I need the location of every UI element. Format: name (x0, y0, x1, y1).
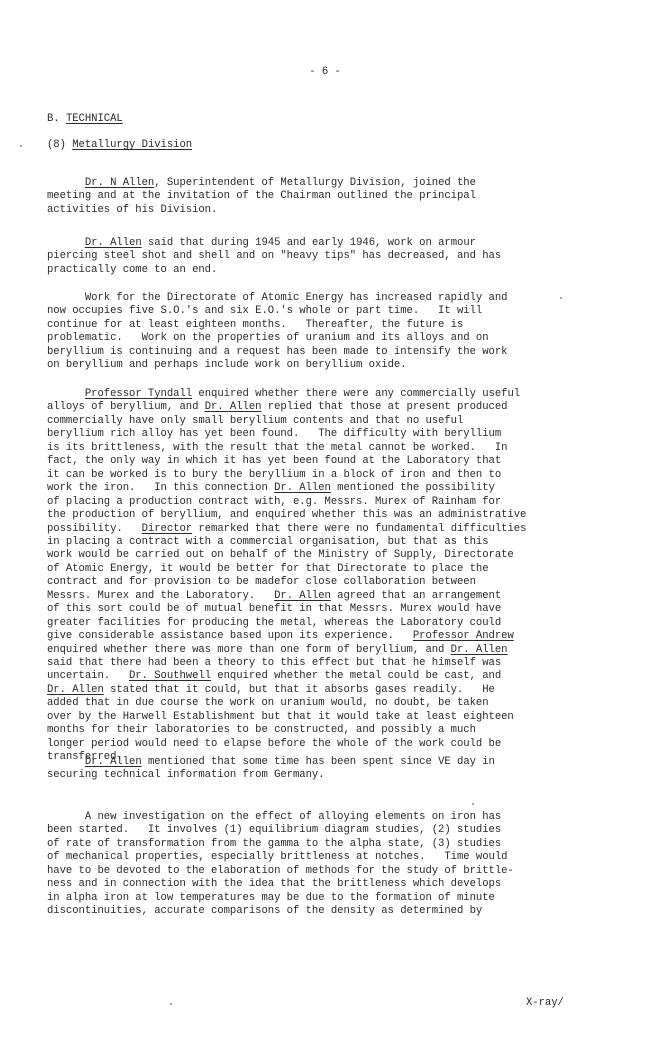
text-line: in alpha iron at low temperatures may be… (47, 891, 495, 905)
text-run: give considerable assistance based upon … (47, 630, 413, 642)
underlined-name: Dr. Allen (85, 237, 142, 249)
text-line: activities of his Division. (47, 203, 217, 217)
text-line: of this sort could be of mutual benefit … (47, 602, 501, 616)
underlined-name: Professor Tyndall (85, 388, 192, 400)
text-run: mentioned that some time has been spent … (142, 756, 495, 768)
text-line: longer period would need to elapse befor… (47, 737, 501, 751)
text-line: now occupies five S.O.'s and six E.O.'s … (47, 304, 482, 318)
section-title: TECHNICAL (66, 113, 123, 125)
text-line: Dr. Allen said that during 1945 and earl… (47, 236, 476, 250)
text-line: Dr. Allen mentioned that some time has b… (47, 755, 495, 769)
text-run: of mechanical properties, especially bri… (47, 851, 507, 863)
text-line: ness and in connection with the idea tha… (47, 877, 501, 891)
text-run: Messrs. Murex and the Laboratory. (47, 590, 274, 602)
scan-speck (560, 297, 562, 299)
text-line: the production of beryllium, and enquire… (47, 508, 526, 522)
text-line: Professor Tyndall enquired whether there… (47, 387, 520, 401)
text-line: discontinuities, accurate comparisons of… (47, 904, 482, 918)
text-line: practically come to an end. (47, 263, 217, 277)
underlined-name: Director (142, 523, 192, 535)
catchword: X-ray/ (526, 997, 564, 1009)
scan-speck (170, 1003, 172, 1005)
subsection-title: Metallurgy Division (72, 139, 192, 151)
text-line: Dr. Allen stated that it could, but that… (47, 683, 495, 697)
text-line: Dr. N Allen, Superintendent of Metallurg… (47, 176, 476, 190)
text-line: beryllium rich alloy has yet been found.… (47, 427, 501, 441)
text-line: of mechanical properties, especially bri… (47, 850, 507, 864)
text-line: it can be worked is to bury the berylliu… (47, 468, 501, 482)
text-run: piercing steel shot and shell and on "he… (47, 250, 501, 262)
underlined-name: Dr. Allen (205, 401, 262, 413)
underlined-name: Dr. Allen (274, 590, 331, 602)
text-line: piercing steel shot and shell and on "he… (47, 249, 501, 263)
text-run: in alpha iron at low temperatures may be… (47, 892, 495, 904)
text-line: months for their laboratories to be cons… (47, 723, 476, 737)
underlined-name: Dr. Allen (451, 644, 508, 656)
text-run: is its brittleness, with the result that… (47, 442, 507, 454)
text-run: securing technical information from Germ… (47, 769, 325, 781)
text-run: it can be worked is to bury the berylliu… (47, 469, 501, 481)
text-line: continue for at least eighteen months. T… (47, 318, 463, 332)
text-line: enquired whether there was more than one… (47, 643, 507, 657)
underlined-name: Dr. Allen (85, 756, 142, 768)
text-run: , Superintendent of Metallurgy Division,… (154, 177, 476, 189)
scan-speck (472, 803, 474, 805)
text-run: over by the Harwell Establishment but th… (47, 711, 514, 723)
text-run: fact, the only way in which it has yet b… (47, 455, 501, 467)
text-line: securing technical information from Germ… (47, 768, 325, 782)
text-line: in placing a contract with a commercial … (47, 535, 489, 549)
text-run (47, 177, 85, 189)
scan-speck (20, 145, 22, 147)
text-run: discontinuities, accurate comparisons of… (47, 905, 482, 917)
text-run: have to be devoted to the elaboration of… (47, 865, 514, 877)
subsection-number: (8) (47, 139, 66, 151)
text-line: Messrs. Murex and the Laboratory. Dr. Al… (47, 589, 501, 603)
text-line: over by the Harwell Establishment but th… (47, 710, 514, 724)
text-line: contract and for provision to be madefor… (47, 575, 476, 589)
text-run: said that during 1945 and early 1946, wo… (142, 237, 476, 249)
text-run: enquired whether there was more than one… (47, 644, 451, 656)
text-run: of rate of transformation from the gamma… (47, 838, 501, 850)
text-run: enquired whether there were any commerci… (192, 388, 520, 400)
text-run (47, 237, 85, 249)
text-line: alloys of beryllium, and Dr. Allen repli… (47, 400, 507, 414)
text-line: possibility. Director remarked that ther… (47, 522, 526, 536)
text-run: work would be carried out on behalf of t… (47, 549, 514, 561)
text-line: Work for the Directorate of Atomic Energ… (47, 291, 507, 305)
text-line: is its brittleness, with the result that… (47, 441, 507, 455)
text-run: commercially have only small beryllium c… (47, 415, 463, 427)
text-line: said that there had been a theory to thi… (47, 656, 501, 670)
text-line: A new investigation on the effect of all… (47, 810, 501, 824)
text-run: of placing a production contract with, e… (47, 496, 501, 508)
text-line: meeting and at the invitation of the Cha… (47, 189, 476, 203)
text-line: problematic. Work on the properties of u… (47, 331, 489, 345)
text-run (47, 388, 85, 400)
text-run: Work for the Directorate of Atomic Energ… (47, 292, 507, 304)
text-run: of Atomic Energy, it would be better for… (47, 563, 489, 575)
text-run: enquired whether the metal could be cast… (211, 670, 501, 682)
text-run: continue for at least eighteen months. T… (47, 319, 463, 331)
text-run: work the iron. In this connection (47, 482, 274, 494)
text-line: have to be devoted to the elaboration of… (47, 864, 514, 878)
text-run: practically come to an end. (47, 264, 217, 276)
text-run: now occupies five S.O.'s and six E.O.'s … (47, 305, 482, 317)
text-run: greater facilities for producing the met… (47, 617, 501, 629)
text-line: uncertain. Dr. Southwell enquired whethe… (47, 669, 501, 683)
text-run: said that there had been a theory to thi… (47, 657, 501, 669)
text-run: possibility. (47, 523, 142, 535)
text-run: agreed that an arrangement (331, 590, 501, 602)
text-line: of Atomic Energy, it would be better for… (47, 562, 489, 576)
text-run: added that in due course the work on ura… (47, 697, 489, 709)
text-run: the production of beryllium, and enquire… (47, 509, 526, 521)
text-run: A new investigation on the effect of all… (47, 811, 501, 823)
underlined-name: Professor Andrew (413, 630, 514, 642)
text-line: work the iron. In this connection Dr. Al… (47, 481, 495, 495)
text-run: been started. It involves (1) equilibriu… (47, 824, 501, 836)
text-run: on beryllium and perhaps include work on… (47, 359, 407, 371)
text-run: in placing a contract with a commercial … (47, 536, 489, 548)
text-run: stated that it could, but that it absorb… (104, 684, 495, 696)
text-run (47, 756, 85, 768)
page-number: - 6 - (0, 66, 650, 78)
text-line: added that in due course the work on ura… (47, 696, 489, 710)
text-line: greater facilities for producing the met… (47, 616, 501, 630)
text-line: give considerable assistance based upon … (47, 629, 514, 643)
underlined-name: Dr. N Allen (85, 177, 154, 189)
text-line: work would be carried out on behalf of t… (47, 548, 514, 562)
text-run: replied that those at present produced (261, 401, 507, 413)
text-run: problematic. Work on the properties of u… (47, 332, 489, 344)
subsection-heading: (8) Metallurgy Division (47, 139, 192, 151)
text-run: ness and in connection with the idea tha… (47, 878, 501, 890)
text-run: uncertain. (47, 670, 129, 682)
text-run: contract and for provision to be madefor… (47, 576, 476, 588)
text-run: alloys of beryllium, and (47, 401, 205, 413)
text-run: mentioned the possibility (331, 482, 495, 494)
text-line: fact, the only way in which it has yet b… (47, 454, 501, 468)
section-heading: B. TECHNICAL (47, 113, 123, 125)
text-line: been started. It involves (1) equilibriu… (47, 823, 501, 837)
text-run: beryllium is continuing and a request ha… (47, 346, 507, 358)
text-run: activities of his Division. (47, 204, 217, 216)
text-run: remarked that there were no fundamental … (192, 523, 526, 535)
section-letter: B. (47, 113, 60, 125)
text-run: longer period would need to elapse befor… (47, 738, 501, 750)
text-line: of placing a production contract with, e… (47, 495, 501, 509)
underlined-name: Dr. Southwell (129, 670, 211, 682)
text-line: of rate of transformation from the gamma… (47, 837, 501, 851)
text-line: on beryllium and perhaps include work on… (47, 358, 407, 372)
text-line: beryllium is continuing and a request ha… (47, 345, 507, 359)
underlined-name: Dr. Allen (274, 482, 331, 494)
document-page: - 6 - B. TECHNICAL (8) Metallurgy Divisi… (0, 0, 650, 1050)
text-run: months for their laboratories to be cons… (47, 724, 476, 736)
underlined-name: Dr. Allen (47, 684, 104, 696)
text-line: commercially have only small beryllium c… (47, 414, 463, 428)
text-run: of this sort could be of mutual benefit … (47, 603, 501, 615)
text-run: beryllium rich alloy has yet been found.… (47, 428, 501, 440)
text-run: meeting and at the invitation of the Cha… (47, 190, 476, 202)
